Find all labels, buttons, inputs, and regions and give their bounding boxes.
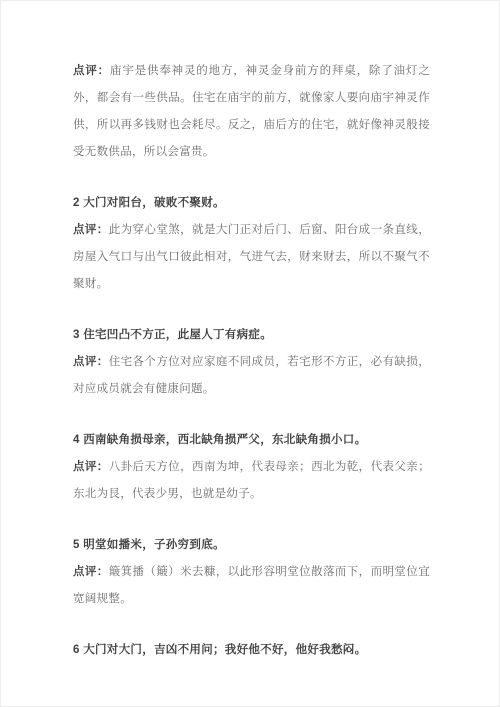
- section-heading: 4 西南缺角损母亲，西北缺角损严父，东北缺角损小口。: [73, 427, 430, 454]
- section-heading: 5 明堂如播米，子孙穷到底。: [73, 532, 430, 559]
- comment-label: 点评：: [73, 566, 109, 578]
- section-comment: 点评：八卦后天方位，西南为坤，代表母亲；西北为乾，代表父亲；东北为艮，代表少男，…: [73, 454, 430, 508]
- section-heading: 6 大门对大门，吉凶不用问；我好他不好，他好我愁闷。: [73, 637, 430, 664]
- section-comment: 点评：庙宇是供奉神灵的地方，神灵金身前方的拜桌，除了油灯之外，都会有一些供品。住…: [73, 58, 430, 166]
- section-comment: 点评：此为穿心堂煞，就是大门正对后门、后窗、阳台成一条直线，房屋入气口与出气口彼…: [73, 217, 430, 298]
- comment-text: 八卦后天方位，西南为坤，代表母亲；西北为乾，代表父亲；东北为艮，代表少男，也就是…: [73, 461, 430, 500]
- comment-text: 簸箕播（簸）米去糠，以此形容明堂位散落而下，而明堂位宜宽阔规整。: [73, 566, 430, 605]
- fengshui-section: 4 西南缺角损母亲，西北缺角损严父，东北缺角损小口。点评：八卦后天方位，西南为坤…: [73, 427, 430, 508]
- comment-label: 点评：: [73, 65, 110, 77]
- section-comment: 点评：簸箕播（簸）米去糠，以此形容明堂位散落而下，而明堂位宜宽阔规整。: [73, 559, 430, 613]
- fengshui-section: 6 大门对大门，吉凶不用问；我好他不好，他好我愁闷。: [73, 637, 430, 664]
- comment-text: 庙宇是供奉神灵的地方，神灵金身前方的拜桌，除了油灯之外，都会有一些供品。住宅在庙…: [73, 65, 430, 158]
- comment-label: 点评：: [73, 356, 109, 368]
- section-heading: 3 住宅凹凸不方正，此屋人丁有病症。: [73, 322, 430, 349]
- comment-text: 住宅各个方位对应家庭不同成员，若宅形不方正，必有缺损，对应成员就会有健康问题。: [73, 356, 430, 395]
- comment-label: 点评：: [73, 224, 109, 236]
- comment-label: 点评：: [73, 461, 109, 473]
- document-page: 点评：庙宇是供奉神灵的地方，神灵金身前方的拜桌，除了油灯之外，都会有一些供品。住…: [0, 0, 500, 707]
- fengshui-section: 5 明堂如播米，子孙穷到底。点评：簸箕播（簸）米去糠，以此形容明堂位散落而下，而…: [73, 532, 430, 613]
- fengshui-section: 2 大门对阳台，破败不聚财。点评：此为穿心堂煞，就是大门正对后门、后窗、阳台成一…: [73, 190, 430, 298]
- comment-text: 此为穿心堂煞，就是大门正对后门、后窗、阳台成一条直线，房屋入气口与出气口彼此相对…: [73, 224, 430, 290]
- section-comment: 点评：住宅各个方位对应家庭不同成员，若宅形不方正，必有缺损，对应成员就会有健康问…: [73, 349, 430, 403]
- fengshui-section: 3 住宅凹凸不方正，此屋人丁有病症。点评：住宅各个方位对应家庭不同成员，若宅形不…: [73, 322, 430, 403]
- fengshui-section: 点评：庙宇是供奉神灵的地方，神灵金身前方的拜桌，除了油灯之外，都会有一些供品。住…: [73, 58, 430, 166]
- sections-container: 点评：庙宇是供奉神灵的地方，神灵金身前方的拜桌，除了油灯之外，都会有一些供品。住…: [73, 58, 430, 664]
- section-heading: 2 大门对阳台，破败不聚财。: [73, 190, 430, 217]
